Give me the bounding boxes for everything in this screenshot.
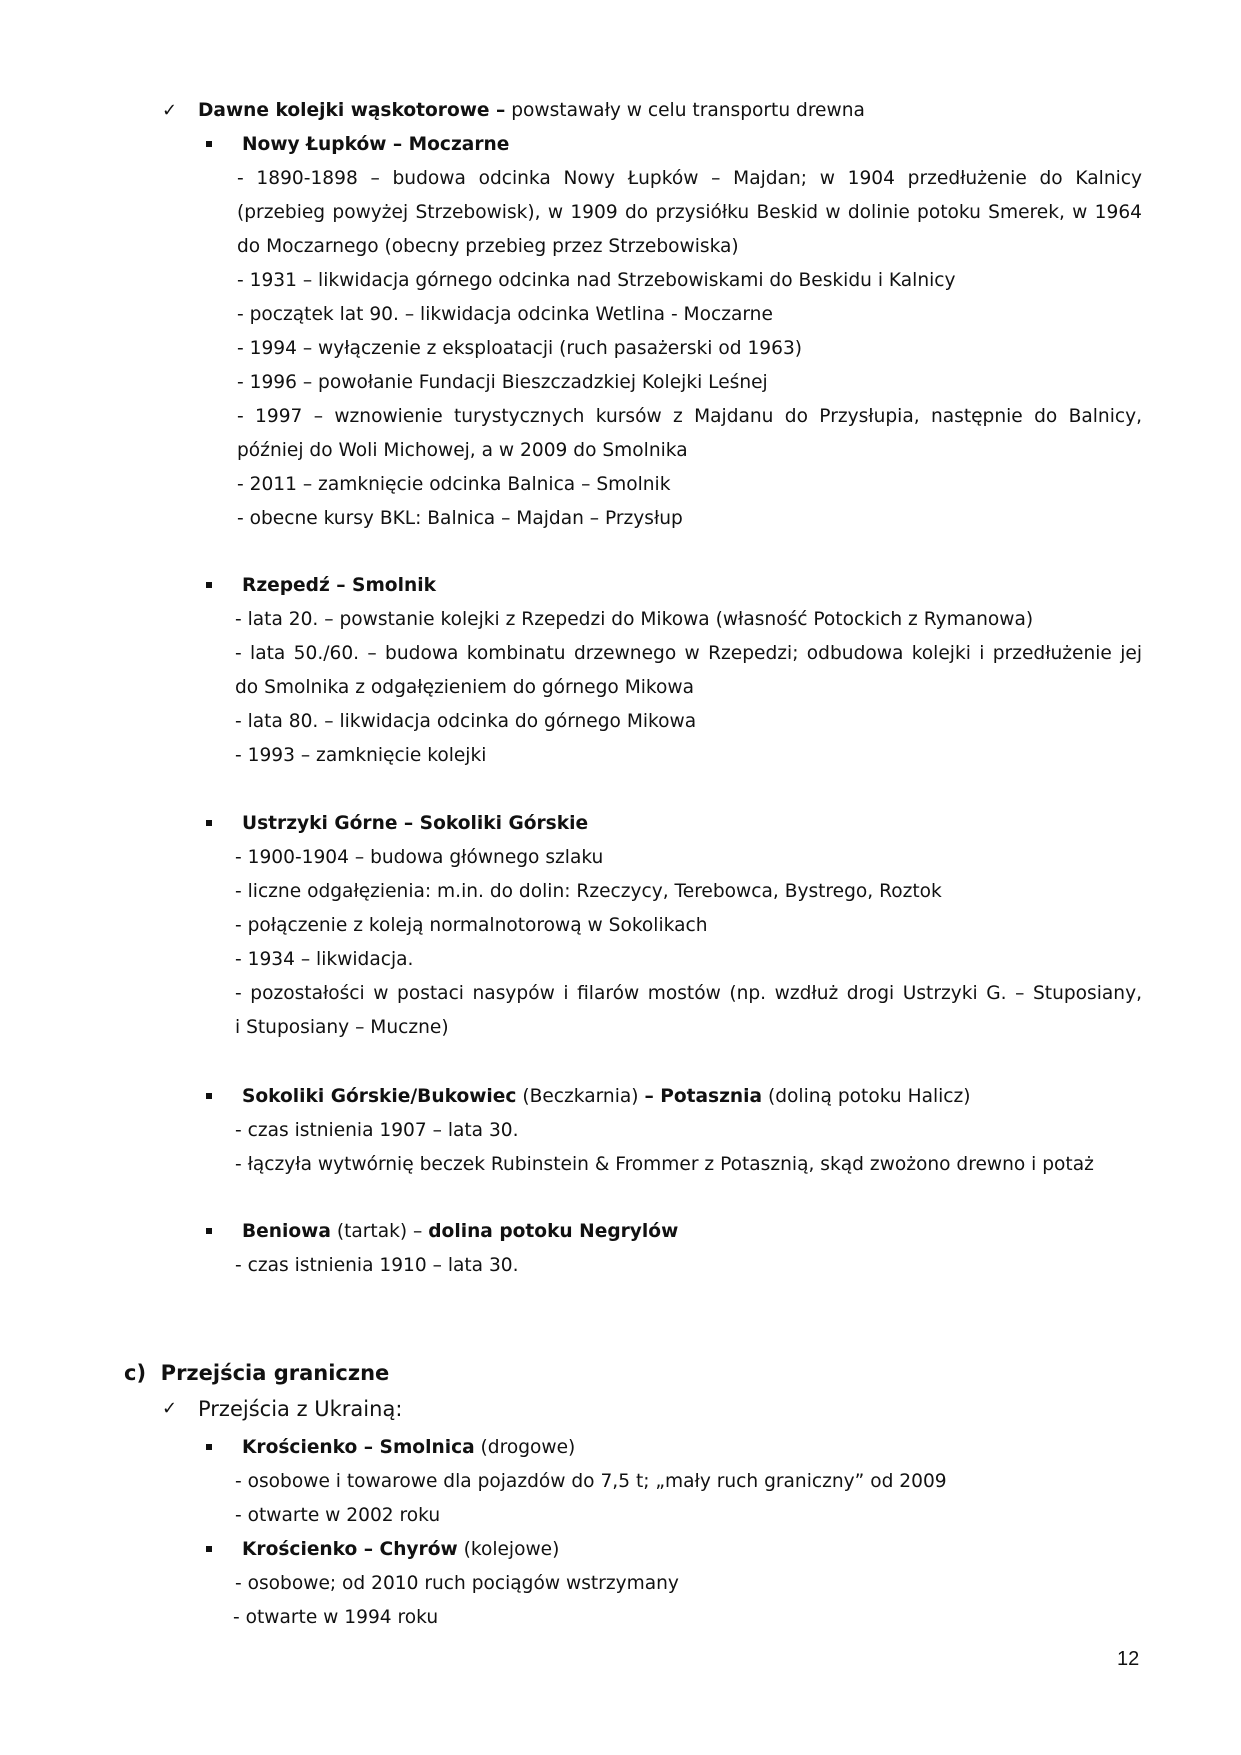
railway-line: i Stuposiany – Muczne) [235,1016,449,1040]
name-part: (tartak) – [331,1221,428,1242]
railway-line: - lata 80. – likwidacja odcinka do górne… [235,710,696,734]
crossing-name: Krościenko – Chyrów (kolejowe) [242,1538,559,1562]
name-part: (Beczkarnia) [516,1086,644,1107]
railway-line: - 1996 – powołanie Fundacji Bieszczadzki… [237,371,768,395]
railway-line: - 1931 – likwidacja górnego odcinka nad … [237,269,956,293]
section-title: Przejścia graniczne [161,1361,390,1385]
railway-line: - początek lat 90. – likwidacja odcinka … [237,303,773,327]
railway-line: (przebieg powyżej Strzebowisk), w 1909 d… [237,201,1142,225]
railway-line: - 1997 – wznowienie turystycznych kursów… [237,405,1142,429]
document-page: ✓ Dawne kolejki wąskotorowe – powstawały… [0,0,1241,1755]
bullet-square-icon [206,141,212,147]
bullet-square-icon [206,1444,212,1450]
railway-line: - czas istnienia 1907 – lata 30. [235,1119,519,1143]
railway-line: do Moczarnego (obecny przebieg przez Str… [237,235,739,259]
crossing-title: Krościenko – Smolnica [242,1437,475,1458]
railway-line: - 1934 – likwidacja. [235,948,413,972]
railway-name: Ustrzyki Górne – Sokoliki Górskie [242,812,588,836]
crossing-line: - otwarte w 1994 roku [233,1606,438,1630]
railway-line: - obecne kursy BKL: Balnica – Majdan – P… [237,507,683,531]
railway-line: - czas istnienia 1910 – lata 30. [235,1254,519,1278]
name-part: dolina potoku Negrylów [428,1221,678,1242]
railway-name: Rzepedź – Smolnik [242,574,436,598]
crossing-line: - osobowe i towarowe dla pojazdów do 7,5… [235,1470,947,1494]
heading-bold: Dawne kolejki wąskotorowe – [198,100,505,121]
railway-name: Beniowa (tartak) – dolina potoku Negryló… [242,1220,678,1244]
heading-rest: powstawały w celu transportu drewna [505,100,865,121]
crossing-name: Krościenko – Smolnica (drogowe) [242,1436,575,1460]
name-part: (doliną potoku Halicz) [762,1086,970,1107]
bullet-square-icon [206,820,212,826]
bullet-square-icon [206,1093,212,1099]
checkmark-icon: ✓ [162,1397,177,1421]
page-number: 12 [1117,1648,1139,1671]
railway-line: - 1994 – wyłączenie z eksploatacji (ruch… [237,337,802,361]
railway-name: Sokoliki Górskie/Bukowiec (Beczkarnia) –… [242,1085,971,1109]
name-part: Beniowa [242,1221,331,1242]
bullet-square-icon [206,1546,212,1552]
railway-line: - 2011 – zamknięcie odcinka Balnica – Sm… [237,473,671,497]
section-heading: Dawne kolejki wąskotorowe – powstawały w… [198,99,865,123]
railway-line: - pozostałości w postaci nasypów i filar… [235,982,1142,1006]
section-label: c) [124,1361,146,1385]
crossing-line: - osobowe; od 2010 ruch pociągów wstrzym… [235,1572,679,1596]
crossing-title: Krościenko – Chyrów [242,1539,458,1560]
subheading: Przejścia z Ukrainą: [198,1397,402,1421]
railway-line: - 1900-1904 – budowa głównego szlaku [235,846,603,870]
railway-line: - połączenie z koleją normalnotorową w S… [235,914,707,938]
railway-name: Nowy Łupków – Moczarne [242,133,509,157]
bullet-square-icon [206,1228,212,1234]
railway-line: - 1993 – zamknięcie kolejki [235,744,486,768]
railway-line: do Smolnika z odgałęzieniem do górnego M… [235,676,694,700]
railway-line: - lata 50./60. – budowa kombinatu drzewn… [235,642,1142,666]
crossing-line: - otwarte w 2002 roku [235,1504,440,1528]
crossing-type: (drogowe) [475,1437,576,1458]
railway-line: - 1890-1898 – budowa odcinka Nowy Łupków… [237,167,1142,191]
checkmark-icon: ✓ [162,99,177,123]
name-part: Sokoliki Górskie/Bukowiec [242,1086,516,1107]
name-part: – Potasznia [644,1086,762,1107]
railway-line: - liczne odgałęzienia: m.in. do dolin: R… [235,880,942,904]
railway-line: - łączyła wytwórnię beczek Rubinstein & … [235,1153,1094,1177]
crossing-type: (kolejowe) [458,1539,560,1560]
bullet-square-icon [206,582,212,588]
railway-line: później do Woli Michowej, a w 2009 do Sm… [237,439,688,463]
section-c-heading: c) Przejścia graniczne [124,1361,389,1385]
railway-line: - lata 20. – powstanie kolejki z Rzepedz… [235,608,1033,632]
